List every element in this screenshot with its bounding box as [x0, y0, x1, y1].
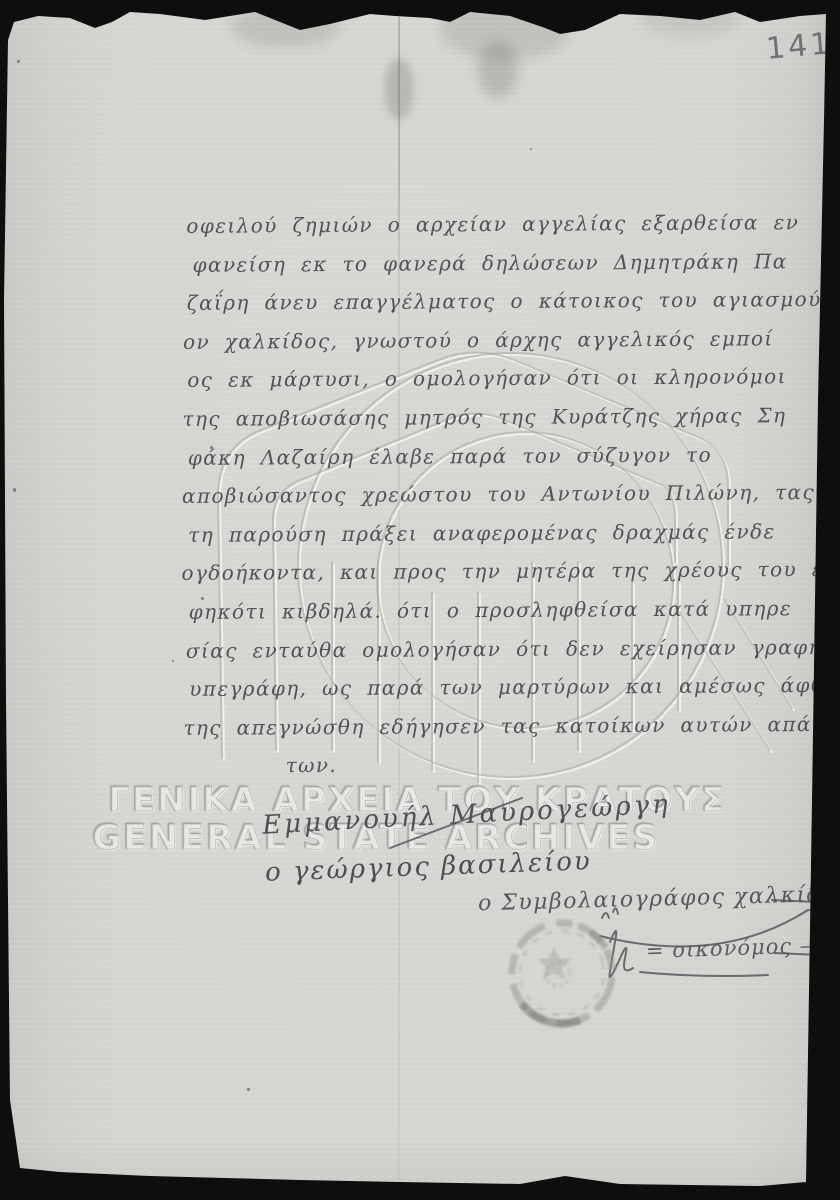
text-line: ον χαλκίδος, γνωστού ο άρχης αγγελικός ε…: [183, 319, 807, 361]
ink-speck: [530, 148, 532, 150]
stain: [230, 4, 340, 48]
page-number: 1416: [765, 24, 840, 67]
text-line: σίας ενταύθα ομολογήσαν ότι δεν εχείρησα…: [186, 628, 809, 670]
text-line: φάκη Λαζαίρη έλαβε παρά τον σύζυγον το: [188, 435, 808, 477]
ink-speck: [247, 1088, 250, 1091]
text-line: αποβιώσαντος χρεώστου του Αντωνίου Πιλών…: [182, 473, 808, 515]
stain: [478, 40, 518, 98]
text-line: ζαΐρη άνευ επαγγέλματος ο κάτοικος του α…: [187, 280, 807, 322]
ink-speck: [13, 488, 16, 492]
ink-speck: [17, 60, 20, 63]
text-line: φηκότι κιβδηλά. ότι ο προσληφθείσα κατά …: [189, 589, 809, 631]
text-line: υπεγράφη, ως παρά των μαρτύρων και αμέσω…: [189, 666, 809, 708]
handwritten-text: οφειλού ζημιών ο αρχείαν αγγελίας εξαρθε…: [186, 203, 810, 786]
scanned-archive-page: { "document": { "page_number": "1416" },…: [0, 0, 840, 1200]
text-line: φανείση εκ το φανερά δηλώσεων Δημητράκη …: [192, 242, 806, 284]
text-line: οφειλού ζημιών ο αρχείαν αγγελίας εξαρθε…: [186, 203, 806, 245]
text-line: ογδοήκοντα, και προς την μητέρα της χρέο…: [181, 550, 808, 592]
stain: [640, 2, 740, 36]
text-line: της αποβιωσάσης μητρός της Κυράτζης χήρα…: [182, 396, 807, 438]
document-page: ΓΕΝΙΚΑ ΑΡΧΕΙΑ ΤΟΥ ΚΡΑΤΟΥΣ GENERAL STATE …: [0, 0, 840, 1200]
notary-stamp: [502, 912, 628, 1038]
text-line: των.: [286, 743, 810, 785]
text-line: ος εκ μάρτυσι, ο ομολογήσαν ότι οι κληρο…: [187, 357, 807, 399]
text-line: τη παρούση πράξει αναφερομένας δραχμάς έ…: [188, 512, 808, 554]
ink-speck: [172, 660, 174, 662]
text-line: της απεγνώσθη εδήγησεν τας κατοίκων αυτώ…: [183, 705, 809, 747]
